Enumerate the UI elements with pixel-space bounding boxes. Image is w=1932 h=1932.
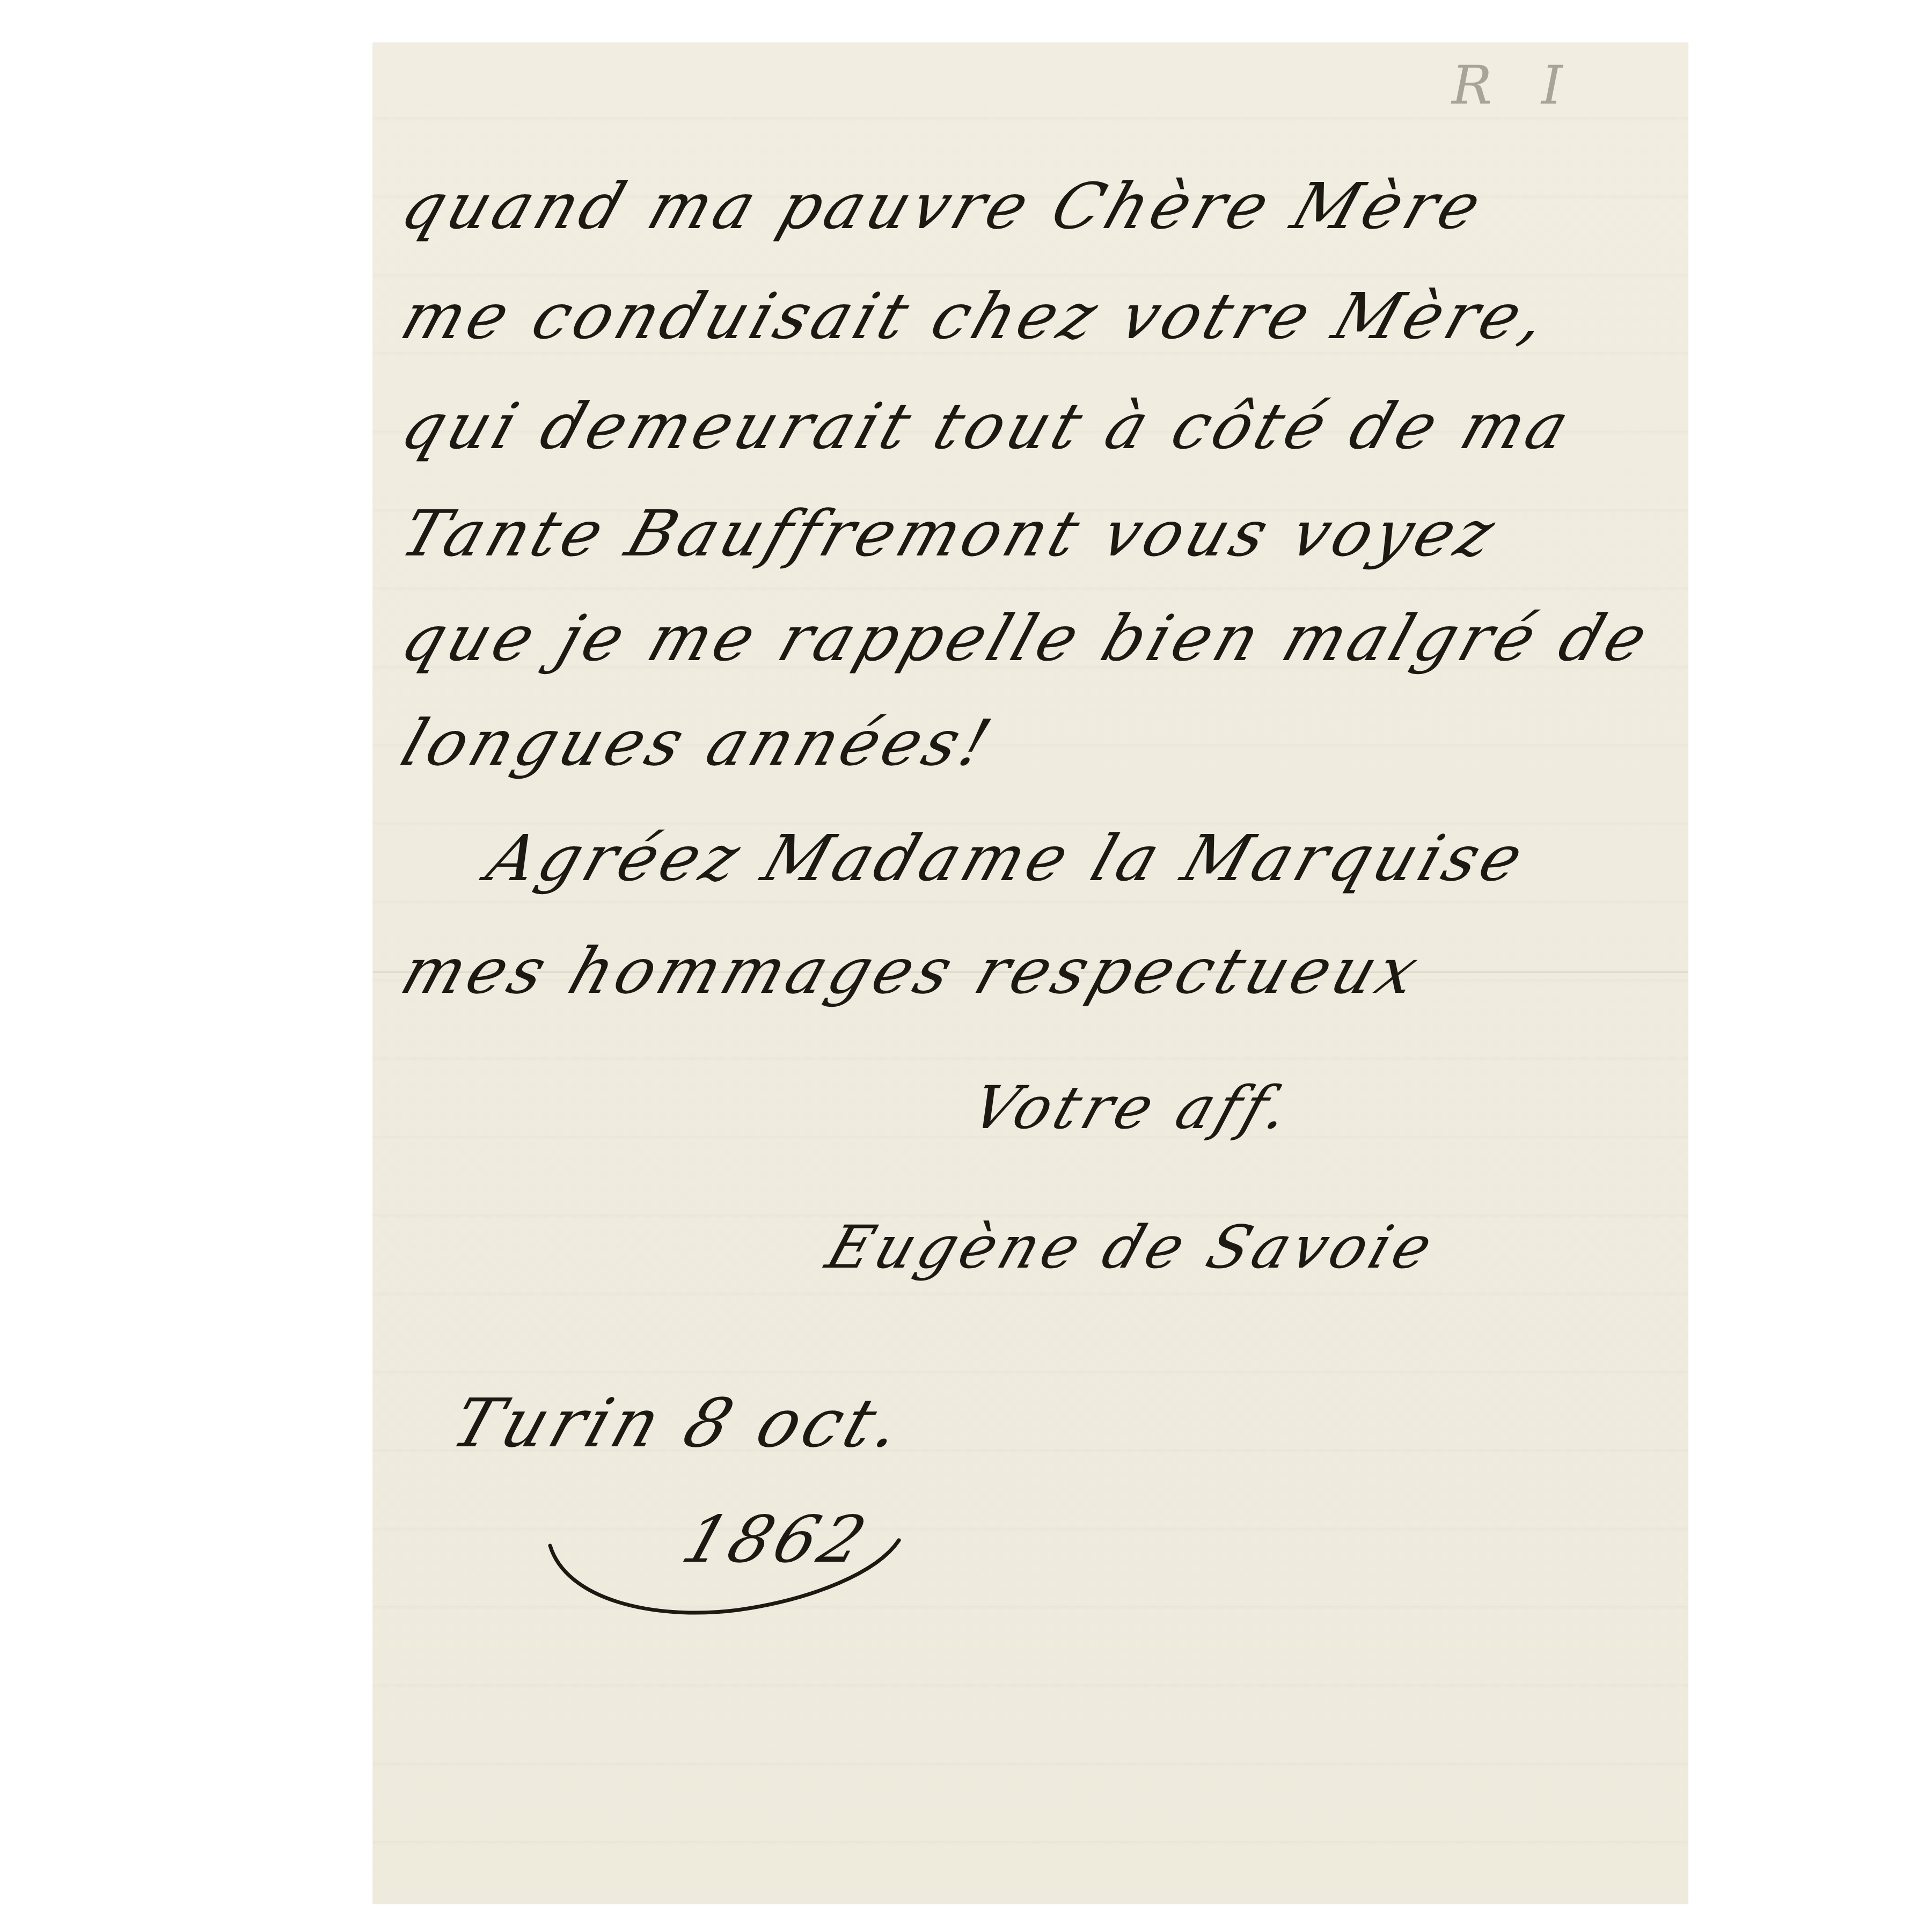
letter-line-3: qui demeurait tout à côté de ma: [394, 394, 1580, 458]
flourish-underline: [545, 1535, 910, 1631]
signature: Eugène de Savoie: [818, 1213, 1445, 1282]
image-stage: R I quand ma pauvre Chère Mère me condui…: [0, 0, 1932, 1932]
pencil-annotation: R I: [1452, 54, 1579, 116]
letter-line-2: me conduisait chez votre Mère,: [394, 284, 1558, 348]
letter-sheet: R I quand ma pauvre Chère Mère me condui…: [373, 43, 1688, 1904]
place-and-date: Turin 8 oct.: [443, 1385, 916, 1462]
letter-line-1: quand ma pauvre Chère Mère: [394, 174, 1492, 238]
letter-line-5: que je me rappelle bien malgré de: [394, 606, 1659, 670]
letter-line-7: Agréez Madame la Marquise: [480, 826, 1534, 890]
letter-line-6: longues années!: [394, 711, 1002, 774]
closing-salutation: Votre aff.: [963, 1073, 1302, 1142]
letter-line-4: Tante Bauffremont vous voyez: [394, 502, 1506, 565]
letter-line-8: mes hommages respectueux: [394, 939, 1430, 1002]
